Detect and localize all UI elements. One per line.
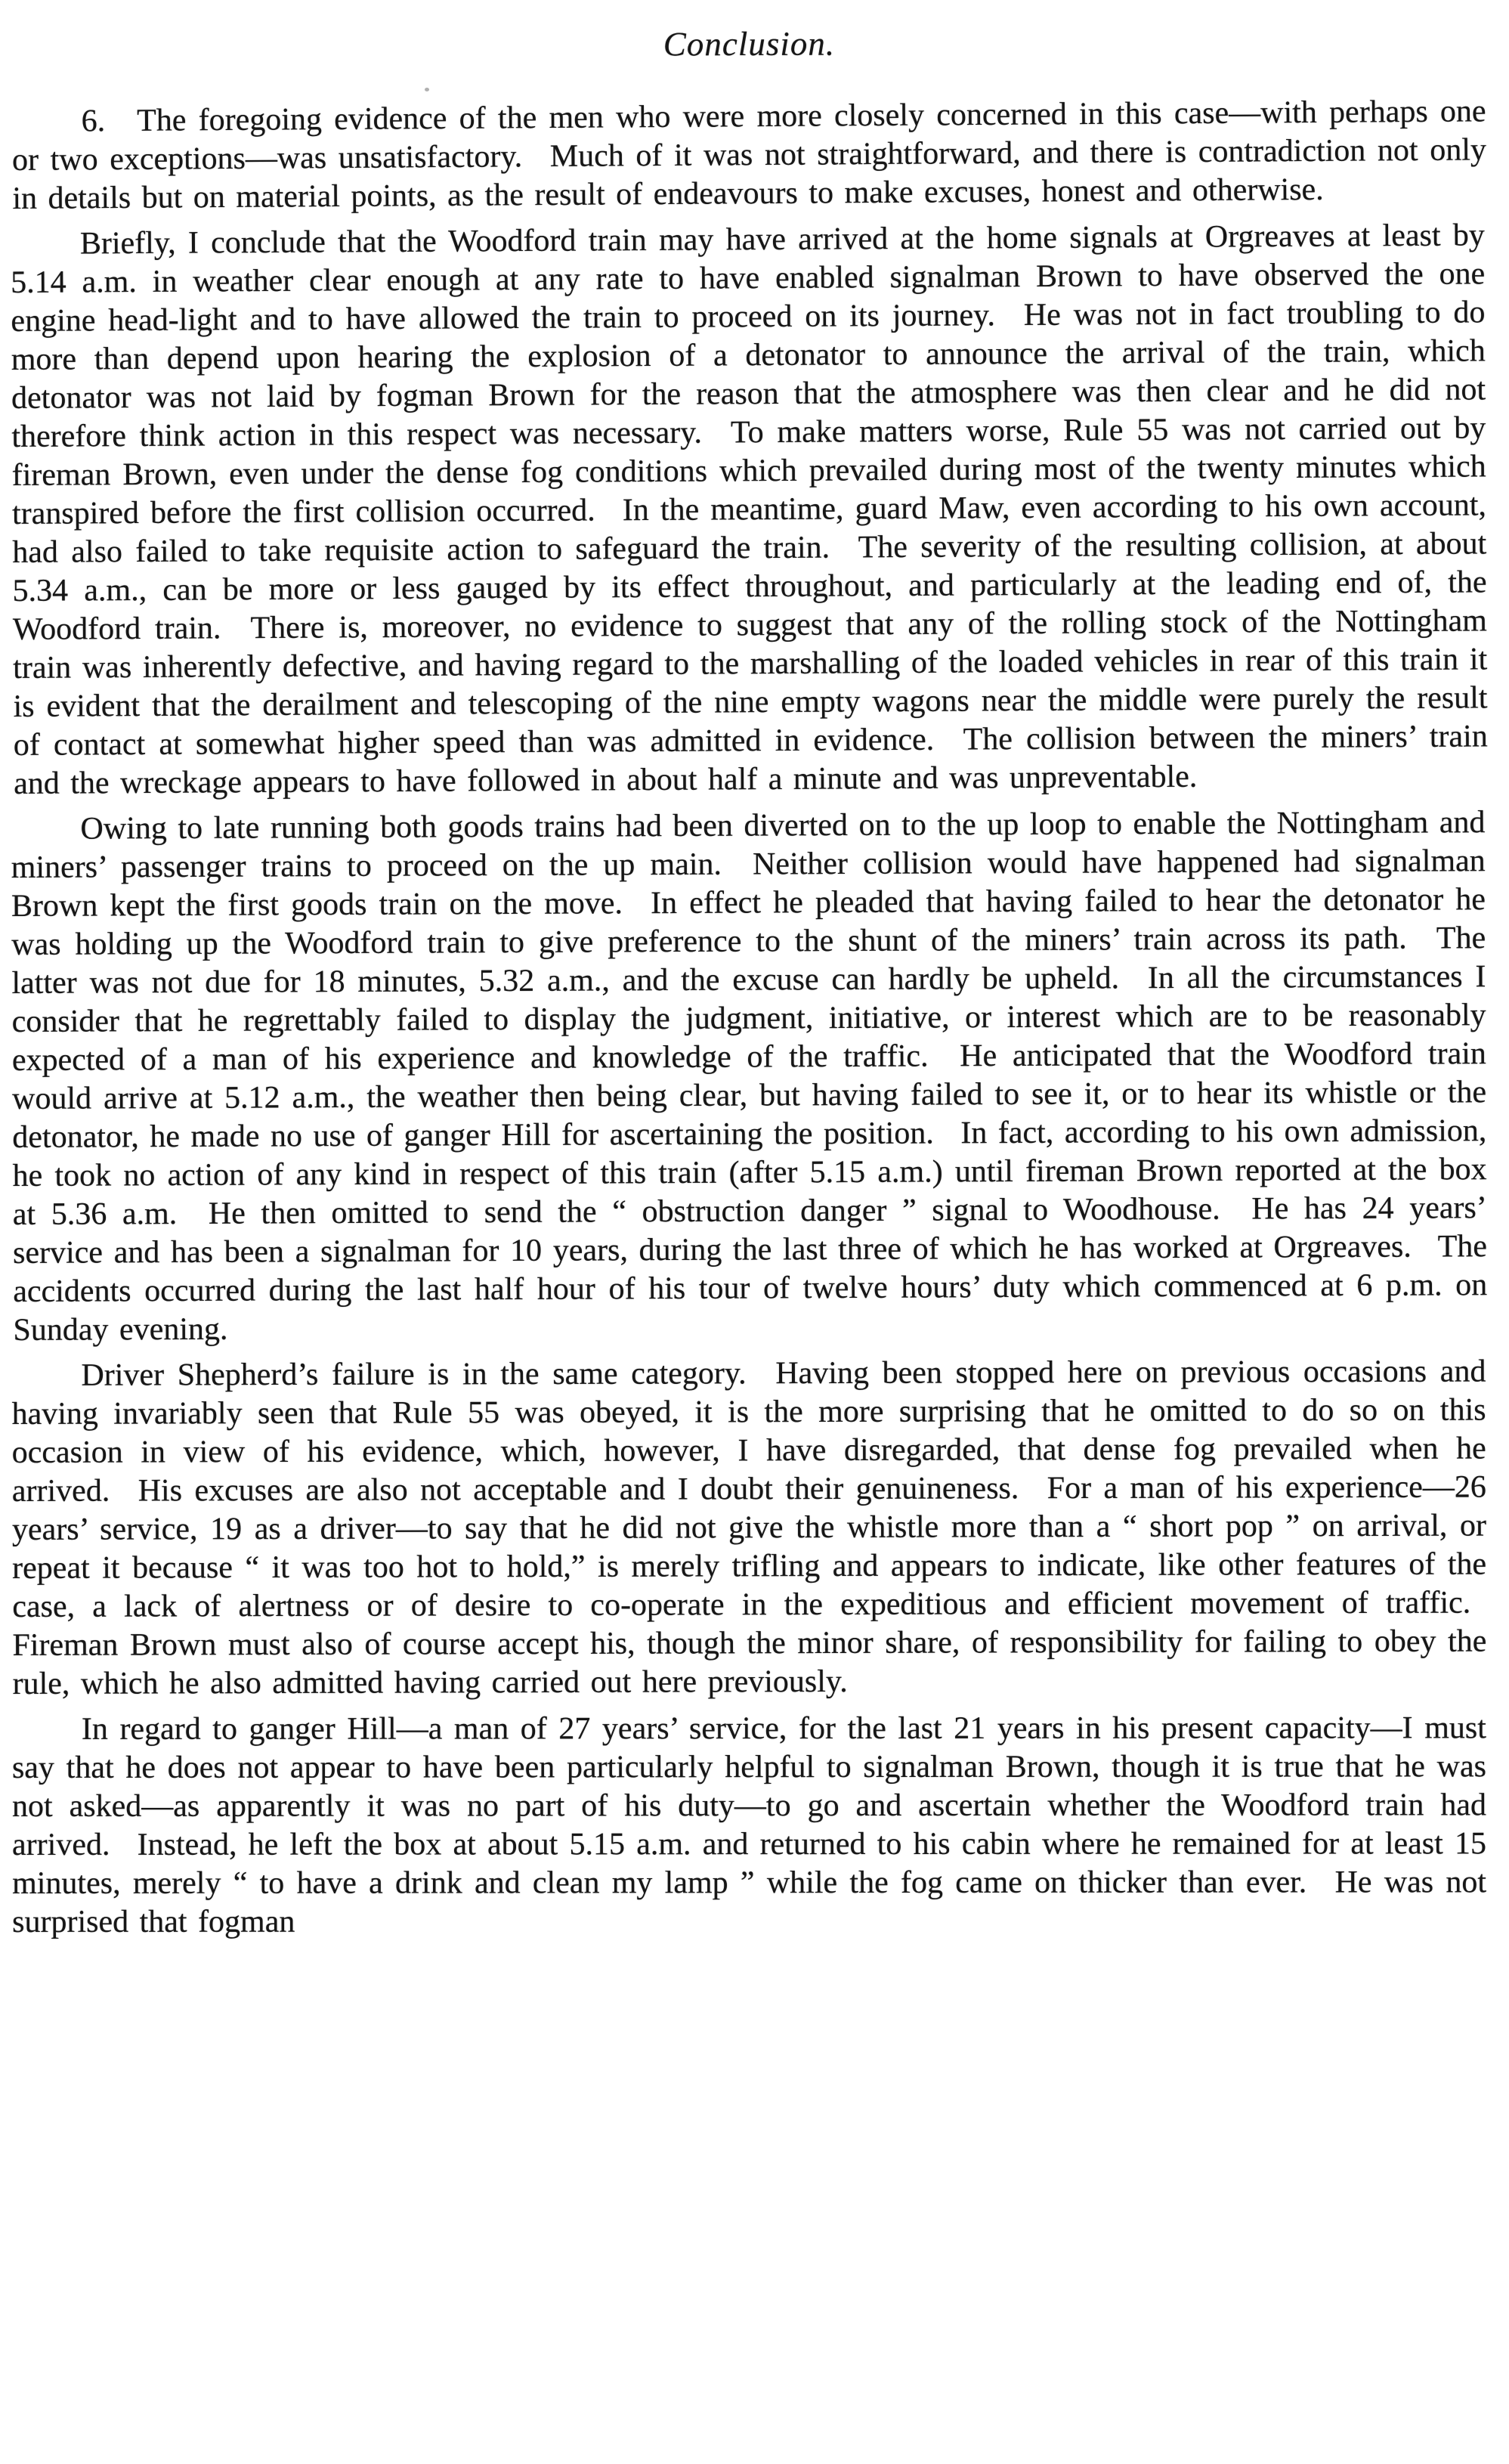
scan-speck — [425, 88, 429, 91]
paragraph-ganger-hill: In regard to ganger Hill—a man of 27 yea… — [12, 1709, 1486, 1942]
paragraph-signalman-brown: Owing to late running both goods trains … — [11, 803, 1487, 1350]
paragraph-brief-conclusion: Briefly, I conclude that the Woodford tr… — [11, 216, 1489, 803]
section-title: Conclusion. — [12, 21, 1486, 66]
paragraph-driver-shepherd: Driver Shepherd’s failure is in the same… — [11, 1353, 1486, 1704]
document-page: Conclusion. 6. The foregoing evidence of… — [0, 0, 1509, 2464]
paragraph-evidence-summary: 6. The foregoing evidence of the men who… — [11, 92, 1486, 218]
